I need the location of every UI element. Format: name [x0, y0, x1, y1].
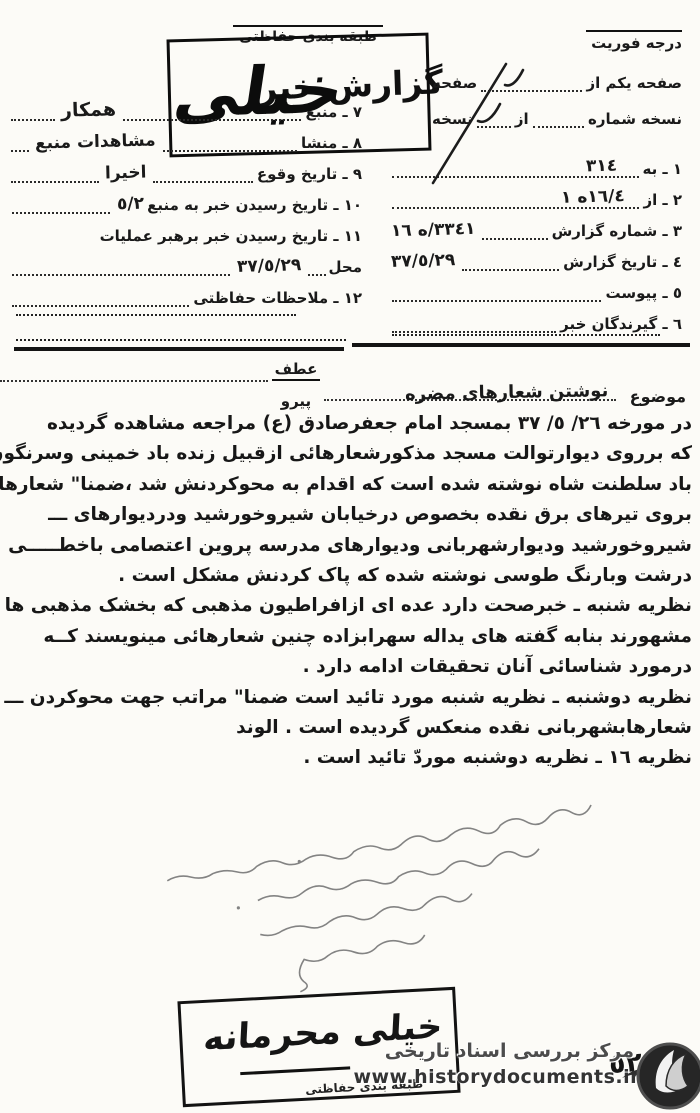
subject-handwritten-value: نوشتن شعارهای مضره [405, 380, 609, 405]
copy-count-line: نسخه شماره از نسخه [432, 110, 682, 128]
dotted-leader [533, 122, 584, 128]
dotted-filler [392, 334, 660, 336]
handwritten-value: همکار [58, 98, 120, 122]
field-label: ٨ ـ منشا [301, 134, 362, 152]
classification-overline [233, 25, 383, 27]
handwritten-value: ٣٣٤١/ه ١٦ [388, 219, 479, 241]
section-divider [352, 343, 690, 347]
fields-left-column: ٧ ـ منبع همکار ٨ ـ منشا مشاهدات منبع ٩ ـ… [8, 90, 362, 307]
field-label: ١ ـ به [643, 160, 682, 178]
stamp-underline [240, 1066, 350, 1075]
dotted-leader [12, 301, 189, 307]
dotted-leader [0, 380, 268, 382]
field-label: ٣ ـ شماره گزارش [552, 222, 682, 240]
field-location: محل ٣٧/٥/٢٩ [8, 245, 362, 276]
body-line: بروی تیرهای برق نقده بخصوص درخیابان شیرو… [8, 500, 692, 530]
field-label: محل [329, 258, 363, 276]
field-origin: ٨ ـ منشا مشاهدات منبع [8, 121, 362, 152]
field-label: ٢ ـ از [643, 191, 682, 209]
scanned-report-page: درجه فوریت طبقه بندی حفاظتی گزارش خبر خی… [0, 0, 700, 1113]
field-to: ١ ـ به ٣١٤ [388, 147, 682, 178]
copy-count-mid: از [515, 110, 529, 128]
field-label: ٦ ـ گیرندگان خبر [560, 315, 682, 333]
field-occurrence-date: ٩ ـ تاریخ وقوع اخیرا [8, 152, 362, 183]
urgency-overline [586, 30, 682, 32]
field-recipients: ٦ ـ گیرندگان خبر [388, 302, 682, 333]
field-date-received-by-source: ١٠ ـ تاریخ رسیدن خبر به منبع ٥/٢ [8, 183, 362, 214]
field-label: ٧ ـ منبع [305, 103, 362, 121]
field-label: ٩ ـ تاریخ وقوع [257, 165, 362, 183]
body-line: شعارهابشهربانی نقده منعکس گردیده است . ا… [8, 713, 692, 743]
watermark-logo-icon [620, 1038, 700, 1112]
body-line: درشت وبارنگ طوسی نوشته شده که پاک کردنش … [8, 561, 692, 591]
body-line: نظریه دوشنبه ـ نظریه شنبه مورد تائید است… [8, 683, 692, 713]
handwritten-value: ١٦/٤ه ١ [558, 186, 628, 208]
body-line: در مورخه ٢٦/ ٥/ ٣٧ بمسجد امام جعفرصادق (… [8, 409, 692, 439]
body-line: درمورد شناسائی آنان تحقیقات ادامه دارد . [8, 652, 692, 682]
handwritten-value: مشاهدات منبع [32, 130, 159, 153]
field-source: ٧ ـ منبع همکار [8, 90, 362, 121]
dotted-leader [481, 86, 582, 92]
field-from: ٢ ـ از ١٦/٤ه ١ [388, 178, 682, 209]
reference-peyro-label: پیرو [272, 392, 320, 410]
copy-count-suffix: نسخه [432, 110, 473, 128]
handwritten-value: اخیرا [102, 162, 150, 183]
body-line: که برروی دیوارتوالت مسجد مذکورشعارهائی ا… [8, 439, 692, 469]
field-report-date: ٤ ـ تاریخ گزارش ٣٧/٥/٢٩ [388, 240, 682, 271]
dotted-filler [16, 339, 346, 341]
field-date-received-by-ops: ١١ ـ تاریخ رسیدن خبر برهبر عملیات [8, 214, 362, 245]
field-attachment: ٥ ـ پیوست [388, 271, 682, 302]
fields-right-column: ١ ـ به ٣١٤ ٢ ـ از ١٦/٤ه ١ ٣ ـ شماره گزار… [388, 147, 682, 333]
watermark-org-name: مرکز بررسی اسناد تاریخی [385, 1040, 634, 1062]
page-count-suffix: صفحه [432, 74, 477, 92]
handwritten-value: ٥/٢ [114, 194, 147, 215]
body-line: شیروخورشید ودیوارشهربانی ودیوارهای مدرسه… [8, 531, 692, 561]
page-count-line: صفحه یکم از صفحه [432, 74, 682, 92]
section-divider [14, 347, 344, 351]
page-count-prefix: صفحه یکم از [586, 74, 682, 92]
field-label: ٥ ـ پیوست [605, 284, 682, 302]
handwritten-value: ٣٧/٥/٢٩ [388, 250, 459, 272]
field-label: ٤ ـ تاریخ گزارش [563, 253, 682, 271]
field-label: ١٢ ـ ملاحظات حفاظتی [193, 289, 362, 307]
dotted-leader [392, 327, 556, 333]
dotted-leader [477, 122, 511, 128]
reference-atf-label: عطف [272, 360, 320, 381]
urgency-label: درجه فوریت [586, 34, 682, 52]
dotted-filler [16, 314, 296, 316]
handwritten-value: ٣٧/٥/٢٩ [234, 255, 305, 277]
field-label: ١٠ ـ تاریخ رسیدن خبر به منبع [147, 196, 362, 214]
body-line: باد سلطنت شاه نوشته شده است که اقدام به … [8, 470, 692, 500]
report-body: در مورخه ٢٦/ ٥/ ٣٧ بمسجد امام جعفرصادق (… [8, 409, 692, 774]
watermark-url: www.historydocuments.ir [353, 1066, 640, 1088]
handwritten-value: ٣١٤ [583, 156, 621, 177]
field-report-number: ٣ ـ شماره گزارش ٣٣٤١/ه ١٦ [388, 209, 682, 240]
copy-count-prefix: نسخه شماره [588, 110, 682, 128]
handwritten-note [164, 805, 603, 1000]
subject-label: موضوع [630, 387, 686, 406]
field-security-remarks: ١٢ ـ ملاحظات حفاظتی [8, 276, 362, 307]
body-line: نظریه شنبه ـ خبرصحت دارد عده ای ازافراطی… [8, 591, 692, 621]
field-label: ١١ ـ تاریخ رسیدن خبر برهبر عملیات [100, 227, 362, 245]
body-line: نظریه ١٦ ـ نظریه دوشنبه موردّ تائید است … [8, 743, 692, 773]
body-line: مشهورند بنابه گفته های یداله سهرابزاده چ… [8, 622, 692, 652]
